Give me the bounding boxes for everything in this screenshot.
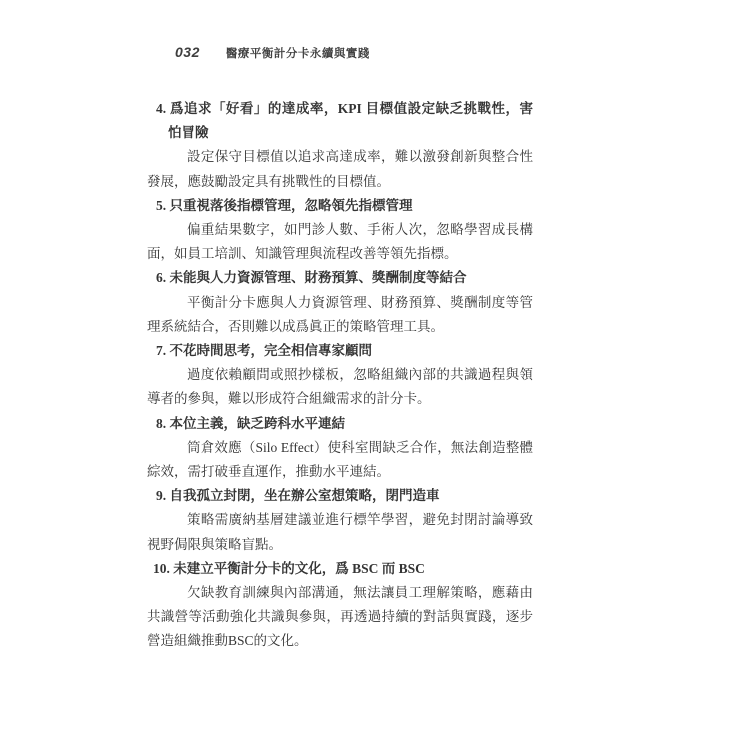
item-body: 平衡計分卡應與人力資源管理、財務預算、獎酬制度等管理系統結合，否則難以成爲眞正的… <box>147 291 533 339</box>
book-page: 032 醫療平衡計分卡永續與實踐 4. 爲追求「好看」的達成率，KPI 目標值設… <box>0 0 750 750</box>
item-heading: 5. 只重視落後指標管理，忽略領先指標管理 <box>168 194 533 218</box>
item-body: 欠缺教育訓練與內部溝通，無法讓員工理解策略，應藉由共識營等活動強化共識與參與，再… <box>147 581 533 654</box>
list-item-7: 7. 不花時間思考，完全相信專家顧問 過度依賴顧問或照抄樣板，忽略組織內部的共識… <box>147 339 533 412</box>
item-body: 過度依賴顧問或照抄樣板，忽略組織內部的共識過程與領導者的參與，難以形成符合組織需… <box>147 363 533 411</box>
item-heading: 8. 本位主義，缺乏跨科水平連結 <box>168 412 533 436</box>
list-item-8: 8. 本位主義，缺乏跨科水平連結 筒倉效應（Silo Effect）使科室間缺乏… <box>147 412 533 485</box>
running-header: 032 醫療平衡計分卡永續與實踐 <box>175 44 370 61</box>
content-list: 4. 爲追求「好看」的達成率，KPI 目標值設定缺乏挑戰性，害怕冒險 設定保守目… <box>147 97 533 654</box>
item-body: 筒倉效應（Silo Effect）使科室間缺乏合作，無法創造整體綜效，需打破垂直… <box>147 436 533 484</box>
list-item-5: 5. 只重視落後指標管理，忽略領先指標管理 偏重結果數字，如門診人數、手術人次，… <box>147 194 533 267</box>
item-body: 策略需廣納基層建議並進行標竿學習，避免封閉討論導致視野侷限與策略盲點。 <box>147 508 533 556</box>
item-heading: 9. 自我孤立封閉，坐在辦公室想策略，閉門造車 <box>168 484 533 508</box>
list-item-6: 6. 未能與人力資源管理、財務預算、獎酬制度等結合 平衡計分卡應與人力資源管理、… <box>147 266 533 339</box>
list-item-10: 10. 未建立平衡計分卡的文化，爲 BSC 而 BSC 欠缺教育訓練與內部溝通，… <box>147 557 533 654</box>
list-item-9: 9. 自我孤立封閉，坐在辦公室想策略，閉門造車 策略需廣納基層建議並進行標竿學習… <box>147 484 533 557</box>
item-body: 偏重結果數字，如門診人數、手術人次，忽略學習成長構面，如員工培訓、知識管理與流程… <box>147 218 533 266</box>
list-item-4: 4. 爲追求「好看」的達成率，KPI 目標值設定缺乏挑戰性，害怕冒險 設定保守目… <box>147 97 533 194</box>
item-heading: 4. 爲追求「好看」的達成率，KPI 目標值設定缺乏挑戰性，害怕冒險 <box>168 97 533 145</box>
page-number: 032 <box>175 44 200 60</box>
item-heading: 10. 未建立平衡計分卡的文化，爲 BSC 而 BSC <box>172 557 533 581</box>
item-heading: 7. 不花時間思考，完全相信專家顧問 <box>168 339 533 363</box>
item-heading: 6. 未能與人力資源管理、財務預算、獎酬制度等結合 <box>168 266 533 290</box>
book-title: 醫療平衡計分卡永續與實踐 <box>226 45 370 61</box>
item-body: 設定保守目標值以追求高達成率，難以激發創新與整合性發展，應鼓勵設定具有挑戰性的目… <box>147 145 533 193</box>
